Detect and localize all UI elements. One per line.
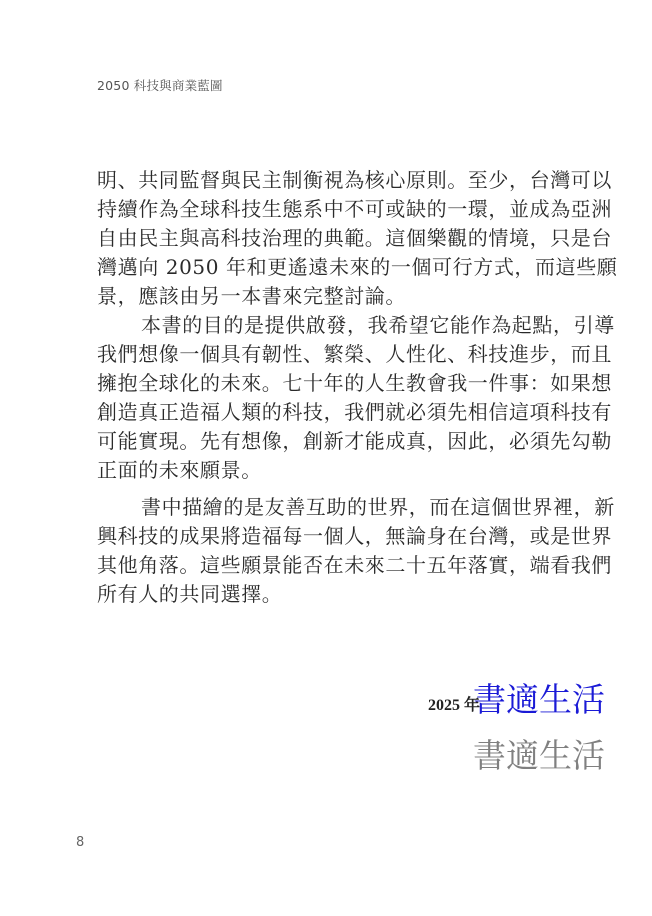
paragraph-gap (97, 485, 543, 493)
text-line: 創造真正造福人類的科技，我們就必須先相信這項科技有 (97, 398, 543, 427)
text-line: 其他角落。這些願景能否在未來二十五年落實，端看我們 (97, 551, 543, 580)
text-line: 正面的未來願景。 (97, 456, 543, 485)
watermark-secondary: 書適生活 (473, 736, 605, 776)
body-text: 明、共同監督與民主制衡視為核心原則。至少，台灣可以 持續作為全球科技生態系中不可… (97, 166, 543, 609)
paragraph-2: 本書的目的是提供啟發，我希望它能作為起點，引導 我們想像一個具有韌性、繁榮、人性… (97, 311, 543, 485)
text-line: 興科技的成果將造福每一個人，無論身在台灣，或是世界 (97, 522, 543, 551)
text-line: 本書的目的是提供啟發，我希望它能作為起點，引導 (97, 311, 543, 340)
text-line: 景，應該由另一本書來完整討論。 (97, 282, 543, 311)
page-number: 8 (76, 835, 84, 850)
text-line: 所有人的共同選擇。 (97, 580, 543, 609)
text-line: 擁抱全球化的未來。七十年的人生教會我一件事：如果想 (97, 369, 543, 398)
paragraph-1: 明、共同監督與民主制衡視為核心原則。至少，台灣可以 持續作為全球科技生態系中不可… (97, 166, 543, 311)
text-line: 自由民主與高科技治理的典範。這個樂觀的情境，只是台 (97, 224, 543, 253)
text-line: 持續作為全球科技生態系中不可或缺的一環，並成為亞洲 (97, 195, 543, 224)
paragraph-3: 書中描繪的是友善互助的世界，而在這個世界裡，新 興科技的成果將造福每一個人，無論… (97, 493, 543, 609)
text-line: 灣邁向 2050 年和更遙遠未來的一個可行方式，而這些願 (97, 253, 543, 282)
watermark-primary: 書適生活 (473, 680, 605, 720)
text-line: 可能實現。先有想像，創新才能成真，因此，必須先勾勒 (97, 427, 543, 456)
running-header: 2050 科技與商業藍圖 (97, 76, 223, 94)
text-line: 書中描繪的是友善互助的世界，而在這個世界裡，新 (97, 493, 543, 522)
text-line: 明、共同監督與民主制衡視為核心原則。至少，台灣可以 (97, 166, 543, 195)
text-line: 我們想像一個具有韌性、繁榮、人性化、科技進步，而且 (97, 340, 543, 369)
